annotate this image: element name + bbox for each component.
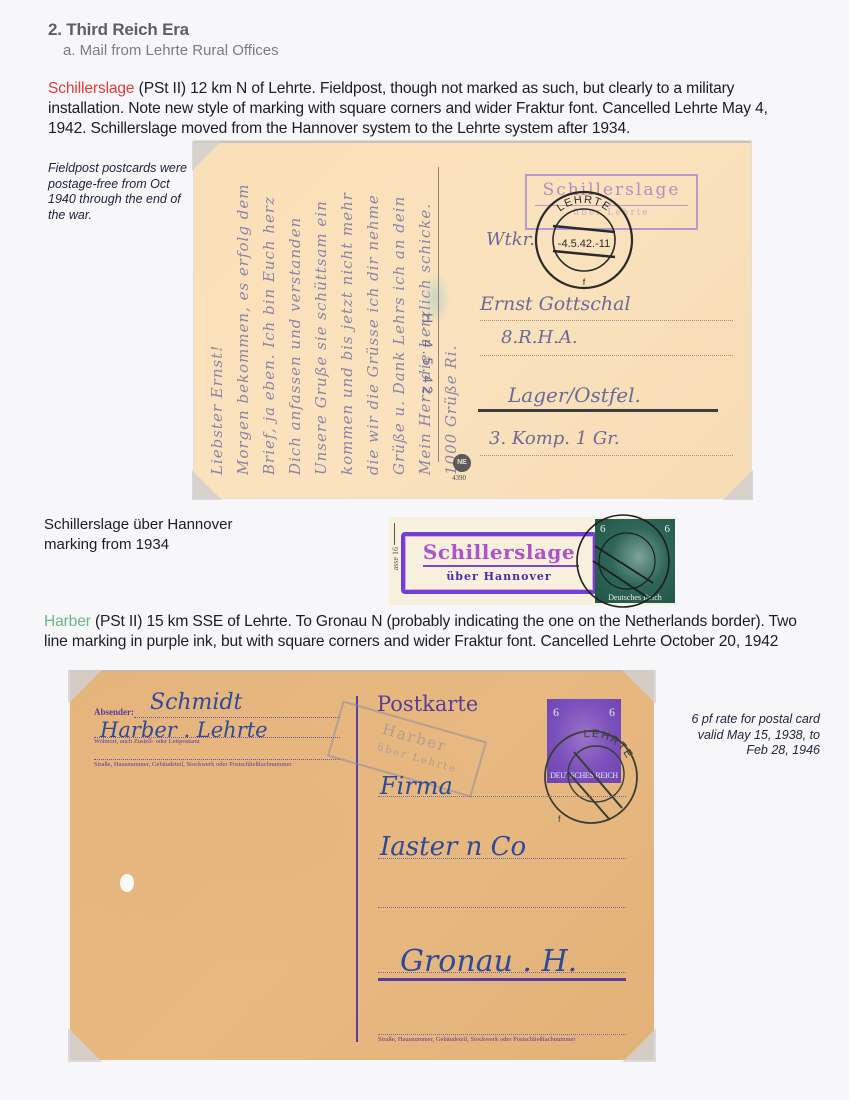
mount-corner — [622, 670, 656, 704]
mount-corner — [68, 1028, 102, 1062]
office-name-harber: Harber — [44, 613, 91, 630]
message-line: Brief, ja eben. Ich bin Euch herz — [256, 155, 282, 475]
svg-text:LEHRTE: LEHRTE — [583, 728, 635, 761]
address-underline — [478, 409, 718, 412]
absender-label: Absender: — [94, 707, 134, 717]
recipient-hint: Straße, Hausnummer, Gebäudeteil, Stockwe… — [378, 1036, 576, 1043]
message-line: Liebster Ernst! — [204, 155, 230, 475]
mount-corner — [68, 670, 102, 704]
ink-blot — [422, 271, 450, 326]
svg-text:f: f — [558, 814, 561, 824]
subsection-title: a. Mail from Lehrte Rural Offices — [63, 42, 279, 59]
address-line — [480, 320, 733, 321]
mount-corner — [622, 1028, 656, 1062]
fieldpost-note: Fieldpost postcards were postage-free fr… — [48, 161, 188, 223]
hannover-marking-label: Schillerslage über Hannover marking from… — [44, 515, 244, 555]
office-name-schillerslage: Schillerslage — [48, 80, 134, 97]
schillerslage-description: Schillerslage (PSt II) 12 km N of Lehrte… — [48, 79, 808, 139]
hannover-marking-cutout: asse 16 Schillerslage über Hannover 6 6 … — [389, 517, 675, 605]
publisher-logo: NE — [453, 454, 471, 472]
message-line: kommen und bis jetzt nicht mehr — [334, 155, 360, 475]
recipient-line-3: Gronau . H. — [400, 944, 577, 979]
cutout-cancel-postmark — [565, 511, 675, 611]
lehrte-cancel-postmark: LEHRTE f — [536, 722, 646, 832]
sender-name: Schmidt — [150, 690, 242, 715]
section-title: 2. Third Reich Era — [48, 20, 189, 40]
description-text: (PSt II) 15 km SSE of Lehrte. To Gronau … — [44, 613, 797, 650]
message-line: die wir die Grüsse ich dir nehme — [360, 155, 386, 475]
address-line-5: 3. Komp. 1 Gr. — [489, 428, 620, 449]
lehrte-cancel-postmark: LEHRTE -4.5.42.-11 f — [529, 185, 639, 295]
sender-hint-2: Straße, Hausnummer, Gebäudeteil, Stockwe… — [94, 761, 292, 768]
handwritten-message: Liebster Ernst!Morgen bekommen, es erfol… — [204, 155, 404, 485]
harber-description: Harber (PSt II) 15 km SSE of Lehrte. To … — [44, 612, 804, 652]
description-text: (PSt II) 12 km N of Lehrte. Fieldpost, t… — [48, 80, 768, 137]
postkarte-title: Postkarte — [377, 692, 478, 716]
recipient-underline — [378, 978, 626, 981]
address-line — [480, 455, 733, 456]
card-divider — [438, 167, 439, 462]
message-line: Grüße u. Dank Lehrs ich an dein — [386, 155, 412, 475]
postal-rate-note: 6 pf rate for postal card valid May 15, … — [680, 712, 820, 759]
address-line-3: 8.R.H.A. — [501, 327, 578, 348]
sender-hint-1: Wohnort, auch Zustell- oder Leitpostamt — [94, 738, 200, 745]
message-line: Dich anfassen und verstanden — [282, 155, 308, 475]
address-line-1: Wtkr. — [486, 229, 535, 250]
address-line-4: Lager/Ostfel. — [508, 383, 641, 407]
mount-corner — [723, 470, 753, 500]
address-line — [480, 355, 733, 356]
harber-postkarte: Absender: Schmidt Harber . Lehrte Wohnor… — [70, 670, 654, 1060]
svg-text:f: f — [583, 277, 586, 287]
message-date: H. 4.5.42. — [420, 313, 436, 404]
publisher-number: 4390 — [452, 474, 466, 482]
fieldpost-postcard: Liebster Ernst!Morgen bekommen, es erfol… — [194, 141, 751, 498]
address-line-2: Ernst Gottschal — [480, 293, 631, 315]
punch-hole — [120, 874, 134, 892]
message-line: Unsere Gruße sie schüttsam ein — [308, 155, 334, 475]
svg-text:-4.5.42.-11: -4.5.42.-11 — [558, 238, 610, 250]
cutout-side-text: asse 16 — [391, 547, 400, 570]
message-line: Morgen bekommen, es erfolg dem — [230, 155, 256, 475]
